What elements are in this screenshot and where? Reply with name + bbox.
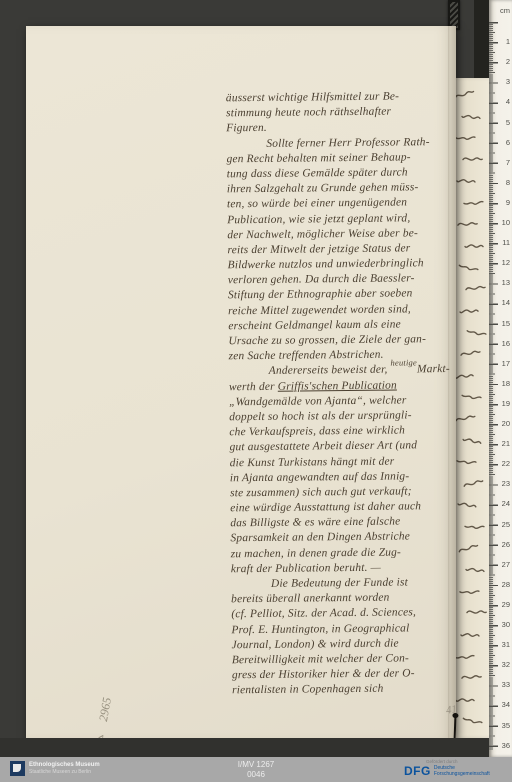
ruler-cm-number: 30	[489, 620, 510, 629]
scan-viewport: äusserst wichtige Hilfsmittel zur Be-sti…	[0, 0, 512, 782]
scanner-bed-shadow	[0, 738, 489, 757]
ruler-cm-number: 26	[489, 540, 510, 549]
ruler-cm-number: 34	[489, 700, 510, 709]
ruler-cm-number: 5	[489, 118, 510, 127]
ruler-cm-number: 16	[489, 339, 510, 348]
ruler-cm-number: 22	[489, 459, 510, 468]
funding-org-line2: Forschungsgemeinschaft	[434, 771, 490, 777]
dfg-logo: DFG	[404, 765, 431, 777]
ruler-cm-number: 6	[489, 138, 510, 147]
ruler-cm-number: 10	[489, 218, 510, 227]
pencil-archive-number-vertical: 2965	[96, 696, 115, 722]
ruler-cm-number: 1	[489, 37, 510, 46]
ruler-cm-number: 14	[489, 298, 510, 307]
binding-tape-strip	[474, 0, 490, 78]
ruler-cm-number: 24	[489, 499, 510, 508]
handwritten-text-block: äusserst wichtige Hilfsmittel zur Be-sti…	[226, 89, 478, 699]
ruler-unit-label: cm	[500, 6, 510, 15]
ruler-cm-number: 35	[489, 721, 510, 730]
ruler-cm-number: 31	[489, 640, 510, 649]
ruler-cm-number: 12	[489, 258, 510, 267]
ruler-cm-number: 9	[489, 198, 510, 207]
ruler-cm-number: 8	[489, 178, 510, 187]
ruler-cm-number: 29	[489, 600, 510, 609]
funding-logo-block: Gefördert durch DFG Deutsche Forschungsg…	[404, 759, 490, 777]
measurement-ruler: cm 1234567891011121314151617181920212223…	[489, 0, 512, 757]
ruler-cm-number: 20	[489, 419, 510, 428]
ruler-cm-number: 13	[489, 278, 510, 287]
ruler-cm-number: 7	[489, 158, 510, 167]
ruler-cm-number: 4	[489, 97, 510, 106]
handwriting-line: rientalisten in Copenhagen sich	[232, 681, 478, 699]
ruler-cm-number: 33	[489, 680, 510, 689]
ruler-cm-number: 32	[489, 660, 510, 669]
ruler-cm-number: 25	[489, 520, 510, 529]
ruler-cm-number: 18	[489, 379, 510, 388]
handwriting-line: Andererseits beweist der, heutigeMarkt-	[229, 362, 475, 380]
ruler-cm-number: 28	[489, 580, 510, 589]
ruler-cm-number: 19	[489, 399, 510, 408]
ink-binding-mark	[454, 716, 457, 740]
ruler-cm-number: 23	[489, 479, 510, 488]
ruler-cm-number: 11	[489, 238, 510, 247]
ruler-cm-number: 15	[489, 319, 510, 328]
ruler-cm-number: 17	[489, 359, 510, 368]
letter-page: äusserst wichtige Hilfsmittel zur Be-sti…	[26, 26, 456, 738]
ruler-cm-number: 21	[489, 439, 510, 448]
ruler-cm-number: 3	[489, 77, 510, 86]
ruler-cm-number: 2	[489, 57, 510, 66]
viewer-footer: Ethnologisches Museum Staatliche Museen …	[0, 757, 512, 782]
facing-page-text-fragment	[461, 715, 484, 729]
ruler-cm-number: 27	[489, 560, 510, 569]
ruler-cm-number: 36	[489, 741, 510, 750]
